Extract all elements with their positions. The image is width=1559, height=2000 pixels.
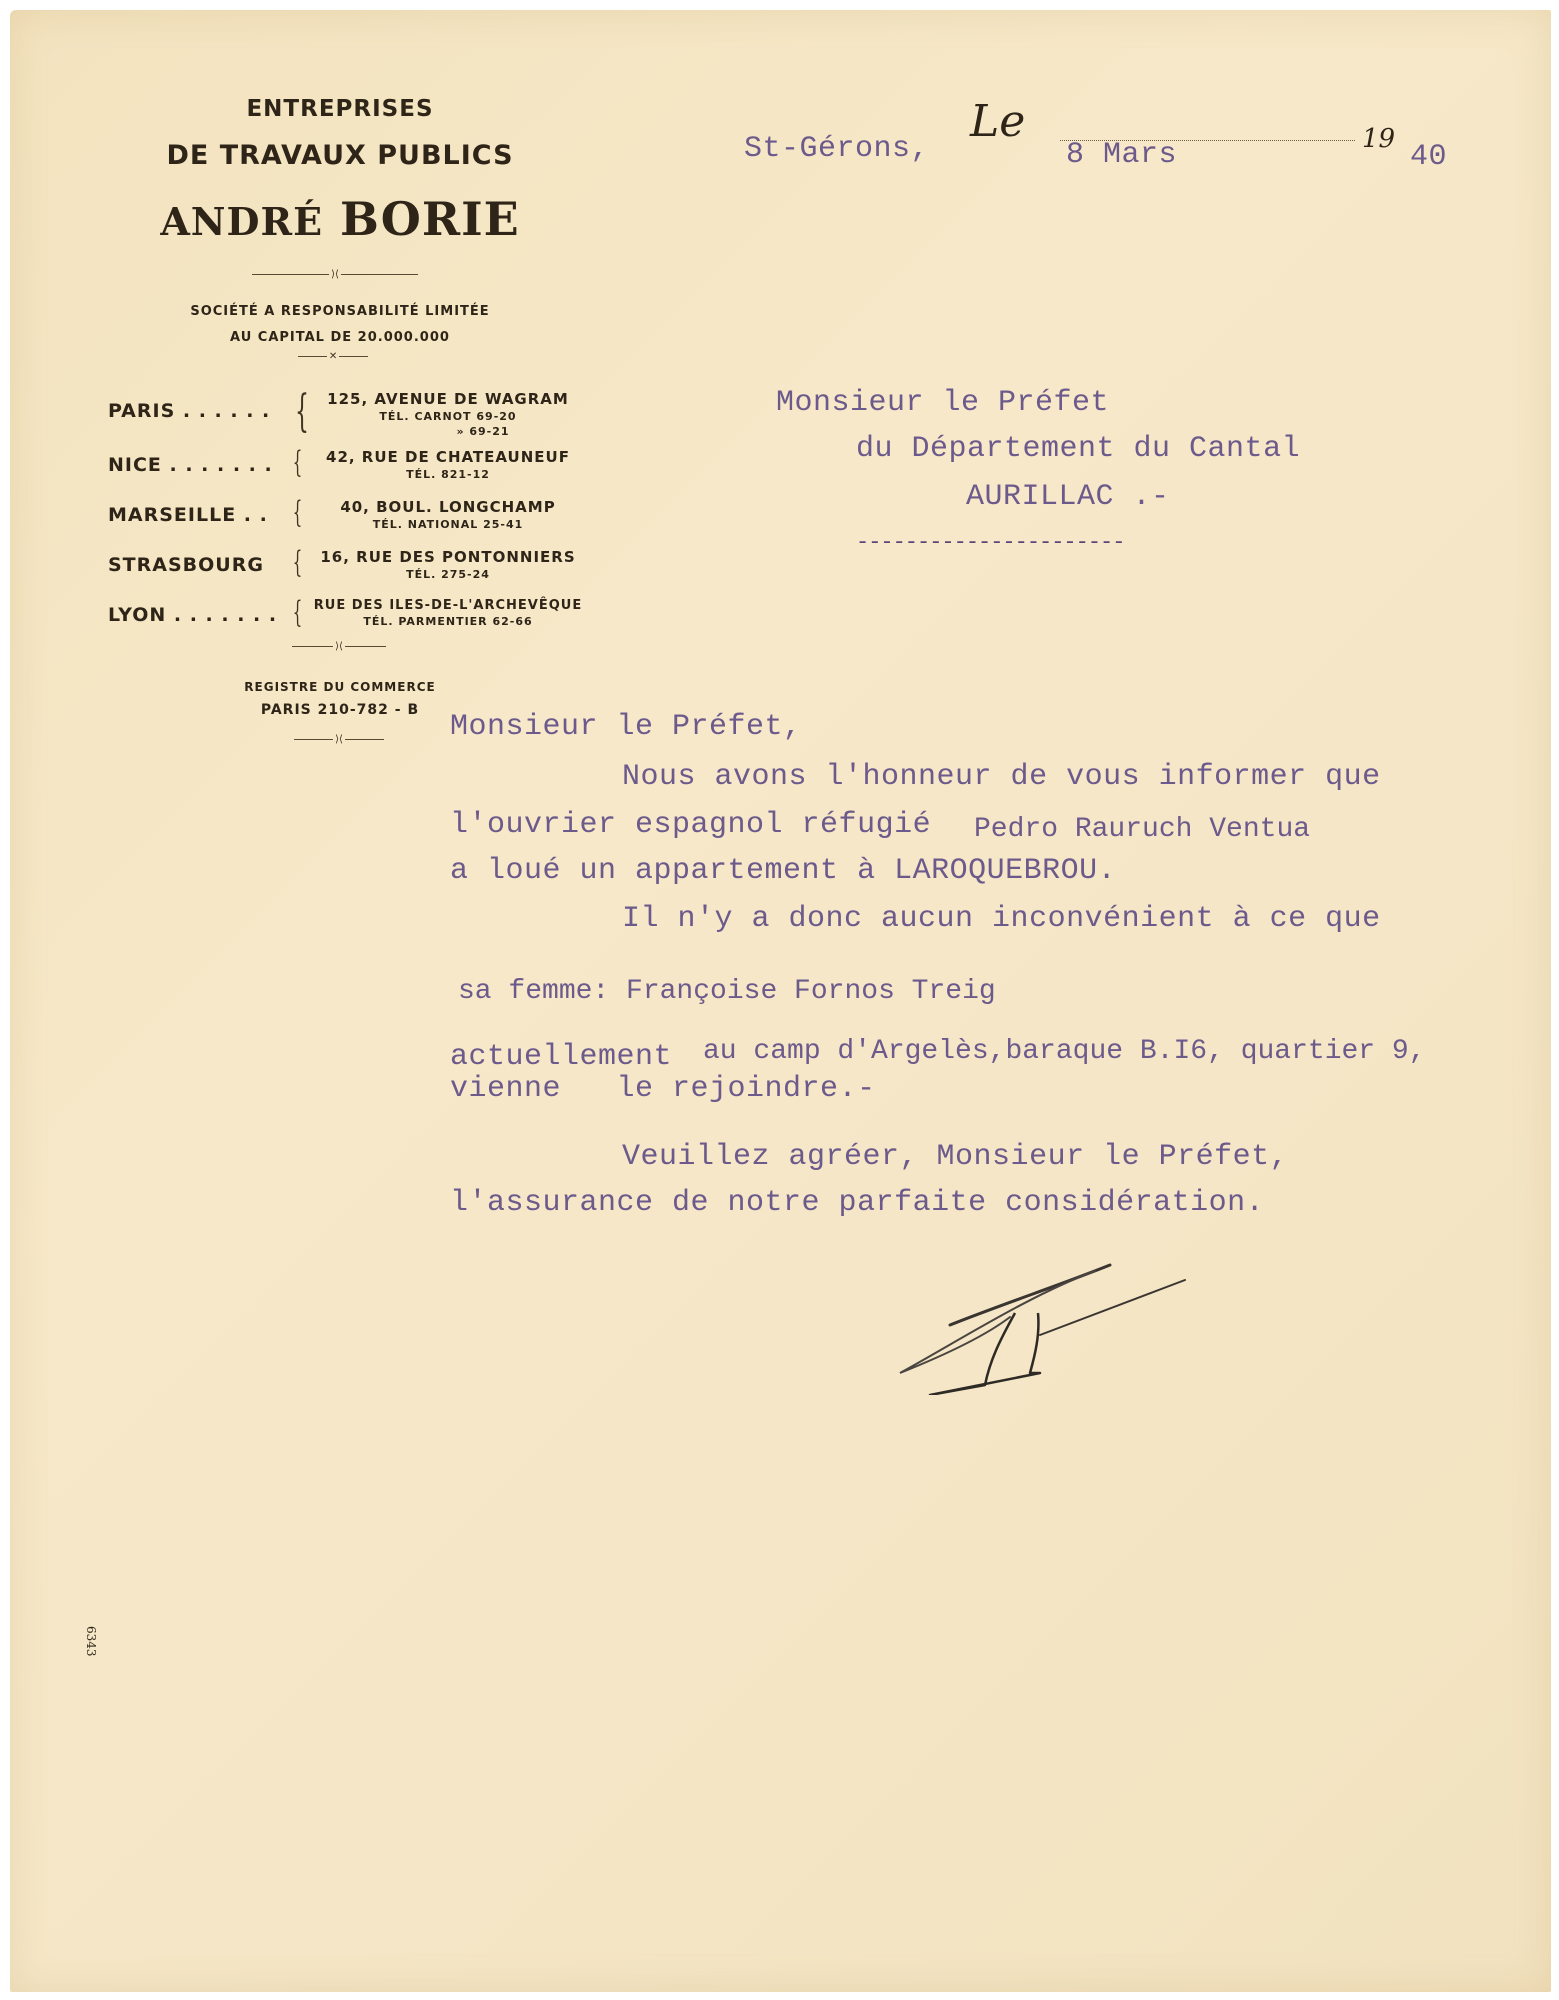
ornament-divider: ⟩⟨ <box>252 268 418 280</box>
signature-icon <box>880 1245 1190 1395</box>
office-city: NICE . . . . . . . <box>108 454 273 476</box>
worker-name: Pedro Rauruch Ventua <box>974 814 1310 845</box>
ornament-divider: ✕ <box>298 350 368 362</box>
office-address: 125, AVENUE DE WAGRAM <box>303 390 593 408</box>
ornament-knot-icon: ⟩⟨ <box>333 641 345 652</box>
office-phone: TÉL. CARNOT 69-20 <box>303 410 593 423</box>
filing-number: 6343 <box>84 1626 98 1657</box>
brace-icon: { <box>293 498 303 528</box>
ornament-divider: ⟩⟨ <box>292 640 386 652</box>
office-city: PARIS . . . . . . <box>108 400 270 422</box>
brace-icon: { <box>293 598 303 628</box>
registre-label: REGISTRE DU COMMERCE <box>200 680 480 694</box>
dateline-le: Le <box>970 96 1025 147</box>
letterhead-travaux-publics: DE TRAVAUX PUBLICS <box>120 140 560 171</box>
office-phone: TÉL. 275-24 <box>303 568 593 581</box>
closing-line-2: l'assurance de notre parfaite considérat… <box>450 1186 1264 1220</box>
ornament-divider: ⟩⟨ <box>294 733 384 745</box>
dateline-place: St-Gérons, <box>744 132 929 166</box>
letterhead-company-name: ANDRÉ BORIE <box>150 192 530 246</box>
office-phone: TÉL. PARMENTIER 62-66 <box>303 615 593 628</box>
body-paragraph-2-line-1: Il n'y a donc aucun inconvénient à ce qu… <box>622 902 1381 936</box>
recipient-line-3: AURILLAC .- <box>966 480 1170 514</box>
dateline-century: 19 <box>1362 124 1395 154</box>
letterhead-entreprises: ENTREPRISES <box>150 96 530 122</box>
office-nice: NICE . . . . . . . { 42, RUE DE CHATEAUN… <box>108 448 588 488</box>
ornament-knot-icon: ✕ <box>327 351 339 362</box>
office-city: LYON . . . . . . . <box>108 604 277 626</box>
recipient-line-1: Monsieur le Préfet <box>776 386 1109 420</box>
office-phone-2: » 69-21 <box>303 425 593 438</box>
ornament-knot-icon: ⟩⟨ <box>333 734 345 745</box>
ornament-knot-icon: ⟩⟨ <box>329 269 341 280</box>
office-address: 42, RUE DE CHATEAUNEUF <box>303 448 593 466</box>
recipient-line-2: du Département du Cantal <box>856 432 1300 466</box>
body-paragraph-1-line-1: Nous avons l'honneur de vous informer qu… <box>622 760 1381 794</box>
office-address: 16, RUE DES PONTONNIERS <box>303 548 593 566</box>
registre-number: PARIS 210-782 - B <box>200 702 480 718</box>
brace-icon: { <box>293 448 303 478</box>
office-address: 40, BOUL. LONGCHAMP <box>303 498 593 516</box>
dateline-year: 40 <box>1410 140 1447 174</box>
brace-icon: { <box>293 548 303 578</box>
letterhead-company-type: SOCIÉTÉ A RESPONSABILITÉ LIMITÉE <box>150 304 530 319</box>
office-lyon: LYON . . . . . . . { RUE DES ILES-DE-L'A… <box>108 598 588 638</box>
office-phone: TÉL. 821-12 <box>303 468 593 481</box>
closing-line-1: Veuillez agréer, Monsieur le Préfet, <box>622 1140 1288 1174</box>
letterhead-capital: AU CAPITAL DE 20.000.000 <box>150 330 530 345</box>
salutation: Monsieur le Préfet, <box>450 710 802 744</box>
office-phone: TÉL. NATIONAL 25-41 <box>303 518 593 531</box>
office-address: RUE DES ILES-DE-L'ARCHEVÊQUE <box>303 598 593 613</box>
letterhead-first-name: ANDRÉ <box>160 199 323 244</box>
body-paragraph-1-line-2a: l'ouvrier espagnol réfugié <box>450 808 931 842</box>
office-marseille: MARSEILLE . . { 40, BOUL. LONGCHAMP TÉL.… <box>108 498 588 538</box>
office-city: STRASBOURG <box>108 554 264 576</box>
office-strasbourg: STRASBOURG { 16, RUE DES PONTONNIERS TÉL… <box>108 548 588 588</box>
office-paris: PARIS . . . . . . { 125, AVENUE DE WAGRA… <box>108 390 588 440</box>
body-paragraph-2-line-3a: actuellement <box>450 1040 672 1074</box>
recipient-underline: ---------------------- <box>856 530 1124 555</box>
letterhead-last-name: BORIE <box>340 192 520 246</box>
body-paragraph-1-line-3: a loué un appartement à LAROQUEBROU. <box>450 854 1116 888</box>
dateline-date: 8 Mars <box>1066 138 1177 172</box>
wife-name-line: sa femme: Françoise Fornos Treig <box>458 976 996 1007</box>
office-city: MARSEILLE . . <box>108 504 268 526</box>
camp-location: au camp d'Argelès,baraque B.I6, quartier… <box>703 1036 1426 1067</box>
body-paragraph-2-line-4: vienne le rejoindre.- <box>450 1072 876 1106</box>
